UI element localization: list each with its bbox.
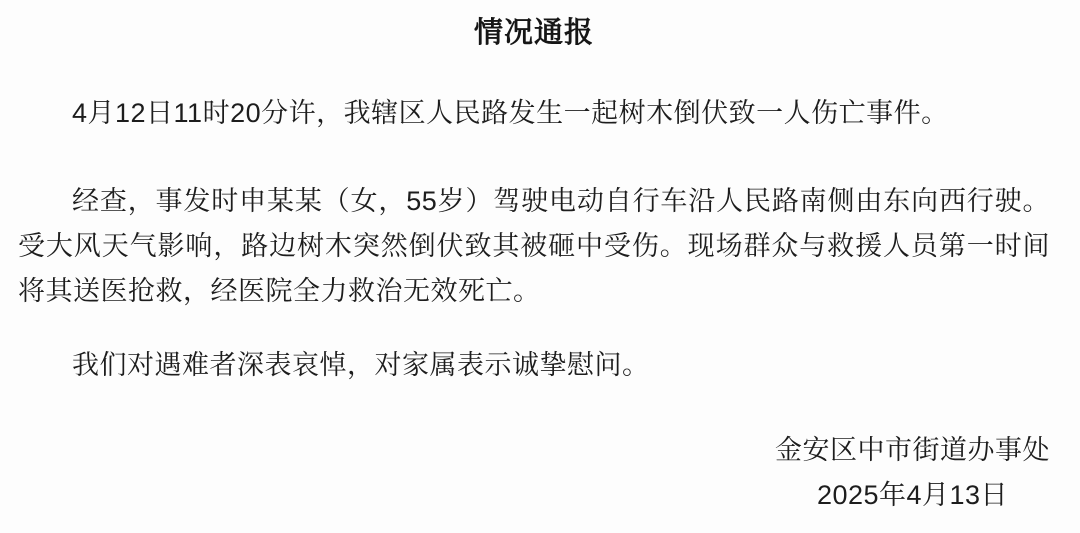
notice-paragraph-investigation: 经查，事发时申某某（女，55岁）驾驶电动自行车沿人民路南侧由东向西行驶。受大风天… [18, 179, 1050, 314]
signature-organization: 金安区中市街道办事处 [775, 428, 1050, 473]
page-title: 情况通报 [18, 11, 1050, 56]
signature-block: 金安区中市街道办事处 2025年4月13日 [775, 428, 1050, 518]
notice-paragraph-incident: 4月12日11时20分许，我辖区人民路发生一起树木倒伏致一人伤亡事件。 [18, 91, 1050, 136]
notice-paragraph-condolence: 我们对遇难者深表哀悼，对家属表示诚挚慰问。 [18, 343, 1050, 388]
signature-date: 2025年4月13日 [817, 473, 1008, 518]
official-notice-document: 情况通报 4月12日11时20分许，我辖区人民路发生一起树木倒伏致一人伤亡事件。… [0, 0, 1080, 533]
